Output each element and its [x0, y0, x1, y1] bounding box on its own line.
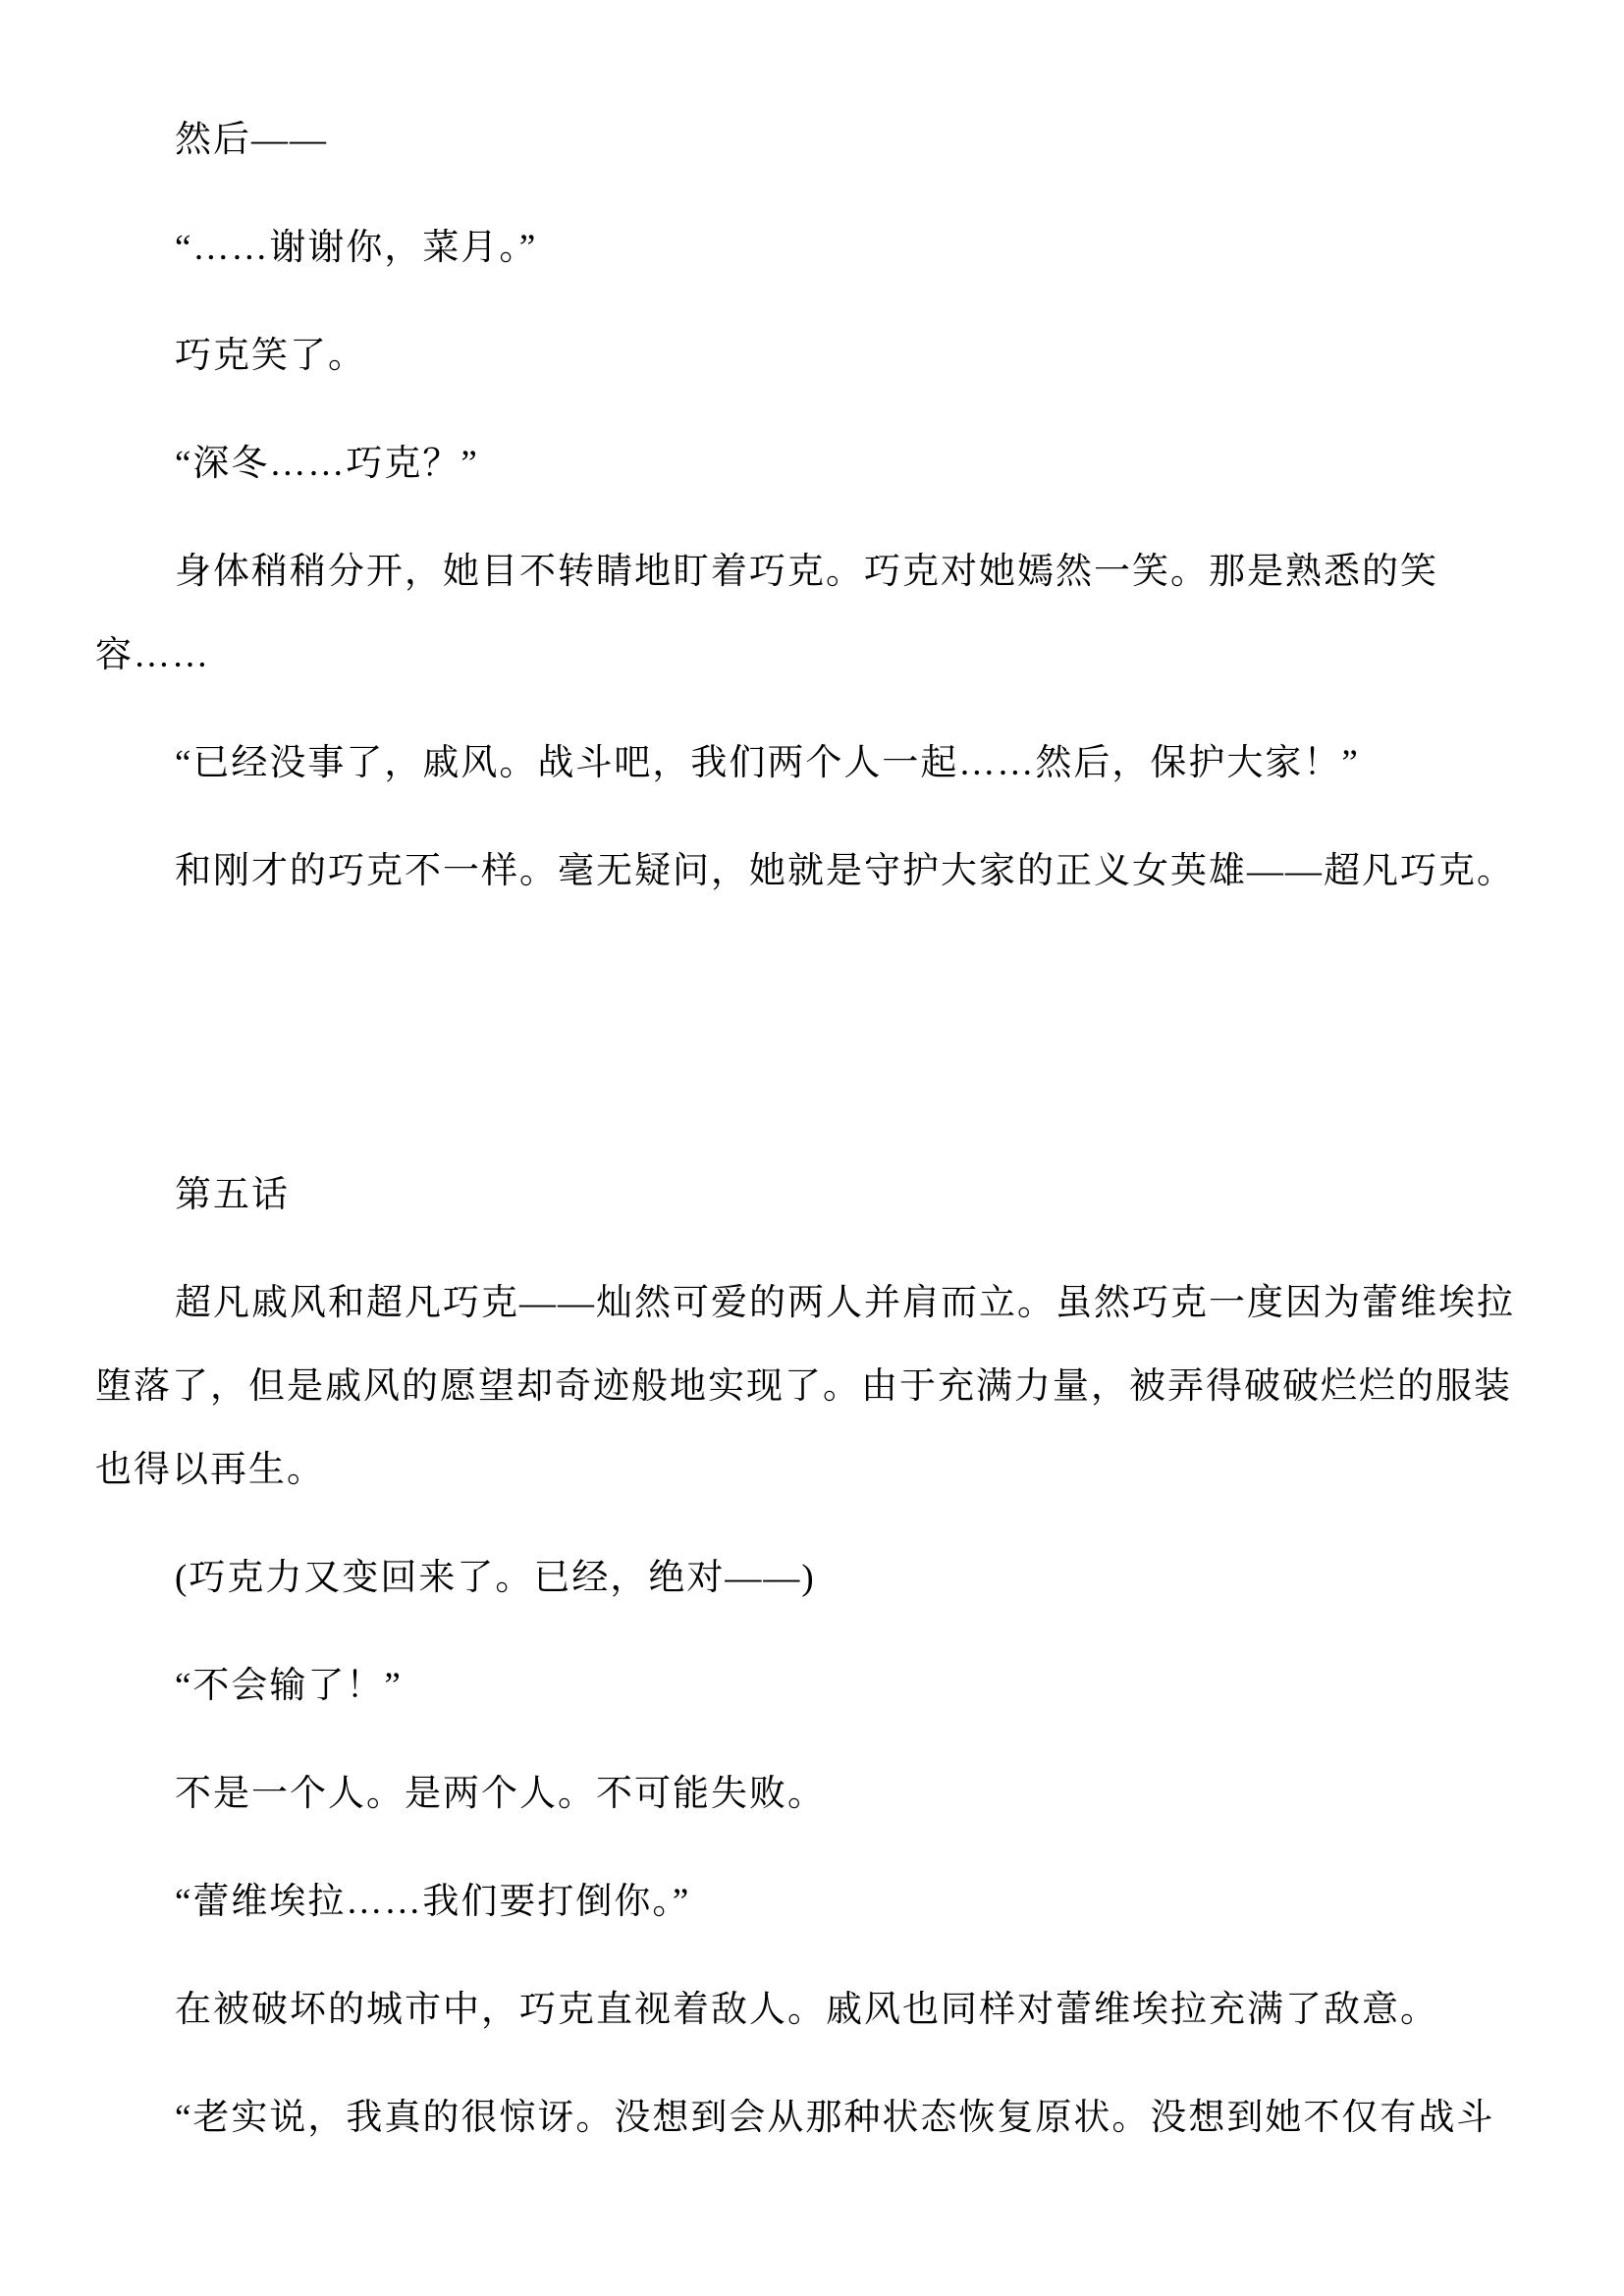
paragraph-dialogue: “老实说，我真的很惊讶。没想到会从那种状态恢复原状。没想到她不仅有战斗	[95, 2076, 1530, 2160]
paragraph: 巧克笑了。	[95, 314, 1530, 398]
chapter-heading: 第五话	[95, 1153, 1530, 1237]
paragraph: 不是一个人。是两个人。不可能失败。	[95, 1752, 1530, 1836]
paragraph: 然后——	[95, 98, 1530, 182]
paragraph-dialogue: “深冬……巧克？”	[95, 422, 1530, 506]
paragraph-inner-thought: (巧克力又变回来了。已经，绝对——)	[95, 1536, 1530, 1620]
blank-line	[95, 937, 1530, 1021]
paragraph-dialogue: “已经没事了，戚风。战斗吧，我们两个人一起……然后，保护大家！”	[95, 721, 1530, 805]
paragraph: 在被破坏的城市中，巧克直视着敌人。戚风也同样对蕾维埃拉充满了敌意。	[95, 1968, 1530, 2052]
paragraph: 超凡戚风和超凡巧克——灿然可爱的两人并肩而立。虽然巧克一度因为蕾维埃拉堕落了，但…	[95, 1261, 1530, 1512]
document-page: 然后—— “……谢谢你，菜月。” 巧克笑了。 “深冬……巧克？” 身体稍稍分开，…	[0, 0, 1624, 2296]
paragraph-dialogue: “不会输了！”	[95, 1644, 1530, 1728]
paragraph-dialogue: “……谢谢你，菜月。”	[95, 206, 1530, 290]
blank-line	[95, 1045, 1530, 1129]
paragraph: 和刚才的巧克不一样。毫无疑问，她就是守护大家的正义女英雄——超凡巧克。	[95, 829, 1530, 913]
paragraph: 身体稍稍分开，她目不转睛地盯着巧克。巧克对她嫣然一笑。那是熟悉的笑容……	[95, 530, 1530, 697]
paragraph-dialogue: “蕾维埃拉……我们要打倒你。”	[95, 1860, 1530, 1944]
